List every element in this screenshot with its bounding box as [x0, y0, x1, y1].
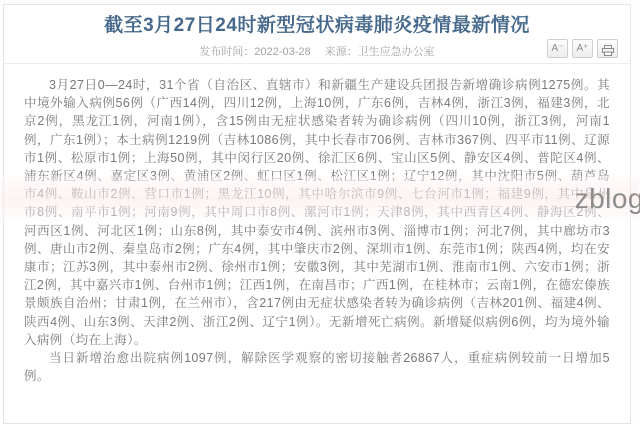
font-larger-button[interactable]: A⁺ — [572, 39, 593, 58]
source-value: 卫生应急办公室 — [358, 46, 435, 58]
article-paragraph: 3月27日0—24时，31个省（自治区、直辖市）和新疆生产建设兵团报告新增确诊病… — [24, 76, 610, 349]
page-title: 截至3月27日24时新型冠状病毒肺炎疫情最新情况 — [18, 14, 616, 38]
article-meta: 发布时间：2022-03-28来源：卫生应急办公室 — [18, 45, 616, 59]
article-body: 3月27日0—24时，31个省（自治区、直辖市）和新疆生产建设兵团报告新增确诊病… — [4, 64, 630, 395]
article-header: 截至3月27日24时新型冠状病毒肺炎疫情最新情况 发布时间：2022-03-28… — [4, 5, 630, 64]
article-card: 截至3月27日24时新型冠状病毒肺炎疫情最新情况 发布时间：2022-03-28… — [3, 4, 631, 400]
article-paragraph: 当日新增治愈出院病例1097例，解除医学观察的密切接触者26867人，重症病例较… — [24, 349, 610, 385]
publish-time-value: 2022-03-28 — [254, 46, 310, 58]
print-button[interactable] — [597, 39, 618, 58]
watermark: zblog — [575, 183, 640, 215]
header-toolbar: A⁻ A⁺ — [547, 39, 618, 58]
font-smaller-button[interactable]: A⁻ — [547, 39, 568, 58]
printer-icon — [602, 45, 614, 56]
source-label: 来源： — [325, 46, 358, 58]
publish-time-label: 发布时间： — [199, 46, 254, 58]
